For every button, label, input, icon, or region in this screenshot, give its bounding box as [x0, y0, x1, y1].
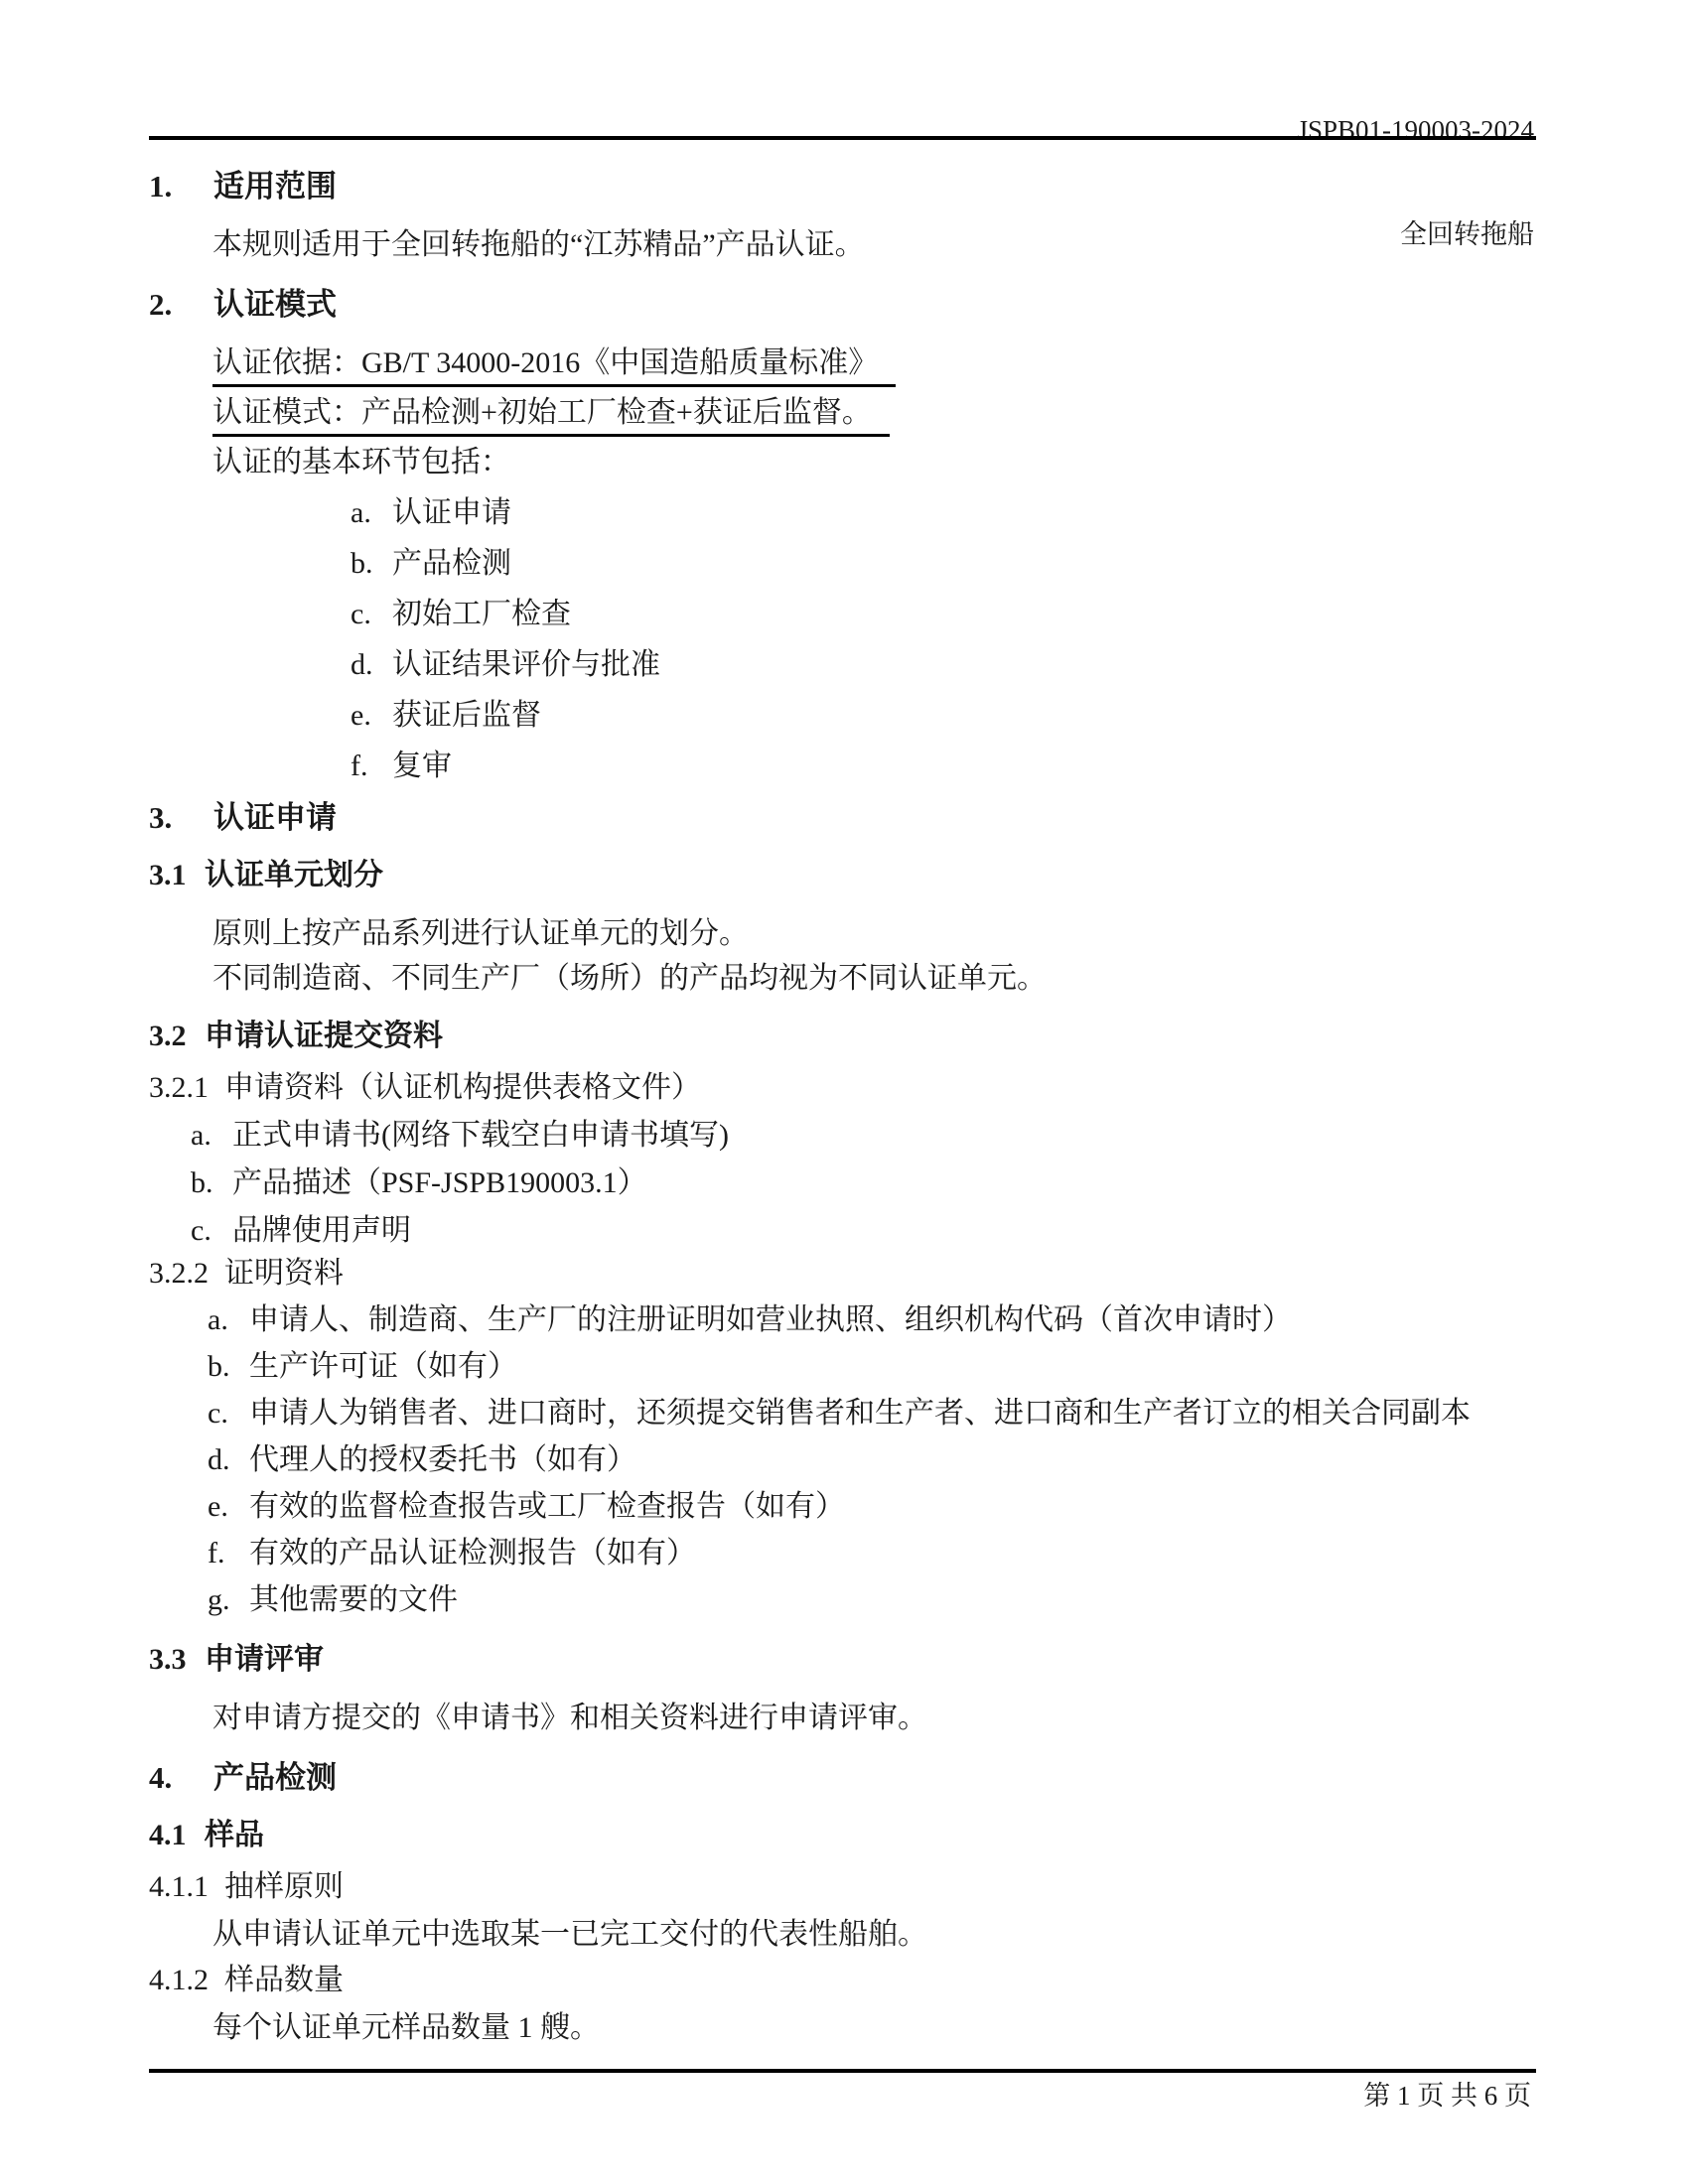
doc-line: a.申请人、制造商、生产厂的注册证明如营业执照、组织机构代码（首次申请时）	[149, 1303, 1539, 1337]
doc-line-text: 本规则适用于全回转拖船的“江苏精品”产品认证。	[212, 228, 865, 261]
doc-line-text: 申请资料（认证机构提供表格文件）	[224, 1071, 701, 1104]
doc-line-text: 认证模式：产品检测+初始工厂检查+获证后监督。	[212, 396, 890, 437]
list-marker: 3.	[149, 801, 213, 835]
list-marker: a.	[351, 496, 392, 530]
doc-line-text: 代理人的授权委托书（如有）	[249, 1443, 636, 1476]
footer-page-info: 第 1 页 共 6 页	[1363, 2079, 1531, 2113]
list-marker: f.	[208, 1537, 249, 1570]
doc-line-text: 初始工厂检查	[392, 598, 571, 630]
doc-line-text: 认证申请	[392, 496, 511, 529]
list-marker: 3.2.1	[149, 1071, 224, 1105]
list-marker: b.	[208, 1350, 249, 1384]
doc-line: e.有效的监督检查报告或工厂检查报告（如有）	[149, 1490, 1539, 1524]
doc-line: 认证模式：产品检测+初始工厂检查+获证后监督。	[149, 396, 1539, 430]
doc-line: a.正式申请书(网络下载空白申请书填写)	[149, 1119, 1539, 1153]
list-marker: c.	[208, 1397, 249, 1431]
doc-line: d.认证结果评价与批准	[149, 648, 1539, 682]
doc-line: 每个认证单元样品数量 1 艘。	[149, 2011, 1539, 2045]
list-marker: g.	[208, 1583, 249, 1617]
doc-line-text: 申请人为销售者、进口商时，还须提交销售者和生产者、进口商和生产者订立的相关合同副…	[249, 1397, 1471, 1430]
list-marker: c.	[351, 598, 392, 631]
list-marker: f.	[351, 750, 392, 783]
doc-line-text: 认证单元划分	[205, 859, 383, 891]
doc-line: b.产品检测	[149, 547, 1539, 581]
doc-line: 2.认证模式	[149, 288, 1539, 322]
header-rule	[149, 136, 1536, 140]
doc-line-text: 原则上按产品系列进行认证单元的划分。	[212, 917, 749, 950]
doc-line: 3.3申请评审	[149, 1643, 1539, 1677]
doc-line: e.获证后监督	[149, 699, 1539, 733]
doc-line: f.有效的产品认证检测报告（如有）	[149, 1537, 1539, 1570]
doc-line-text: 申请认证提交资料	[205, 1020, 443, 1052]
doc-line: 认证的基本环节包括：	[149, 446, 1539, 479]
doc-line: 原则上按产品系列进行认证单元的划分。	[149, 917, 1539, 951]
doc-line-text: 认证申请	[213, 800, 337, 835]
doc-line-text: 正式申请书(网络下载空白申请书填写)	[232, 1119, 729, 1152]
list-marker: b.	[191, 1166, 232, 1200]
doc-line-text: 复审	[392, 750, 452, 782]
doc-line-text: 从申请认证单元中选取某一已完工交付的代表性船舶。	[212, 1918, 927, 1951]
list-marker: 2.	[149, 288, 213, 322]
list-marker: d.	[351, 648, 392, 682]
doc-line-text: 抽样原则	[224, 1870, 344, 1903]
doc-line-text: 样品	[205, 1819, 264, 1851]
list-marker: 4.1	[149, 1819, 205, 1852]
document-page: JSPB01-190003-2024 全回转拖船 1.适用范围本规则适用于全回转…	[0, 0, 1688, 2184]
doc-line: 3.2.1申请资料（认证机构提供表格文件）	[149, 1071, 1539, 1105]
doc-line-text: 品牌使用声明	[232, 1214, 411, 1247]
list-marker: b.	[351, 547, 392, 581]
doc-line: b.生产许可证（如有）	[149, 1350, 1539, 1384]
doc-line-text: 认证的基本环节包括：	[212, 446, 510, 478]
doc-line: c.品牌使用声明	[149, 1214, 1539, 1248]
doc-line: 4.1.2样品数量	[149, 1964, 1539, 1997]
doc-line: 不同制造商、不同生产厂（场所）的产品均视为不同认证单元。	[149, 962, 1539, 996]
doc-line: 4.产品检测	[149, 1761, 1539, 1795]
footer-rule	[149, 2069, 1536, 2073]
list-marker: 4.1.1	[149, 1870, 224, 1904]
list-marker: d.	[208, 1443, 249, 1477]
list-marker: 1.	[149, 170, 213, 204]
doc-line: 4.1.1抽样原则	[149, 1870, 1539, 1904]
doc-line: 对申请方提交的《申请书》和相关资料进行申请评审。	[149, 1702, 1539, 1735]
list-marker: a.	[191, 1119, 232, 1153]
doc-line-text: 申请人、制造商、生产厂的注册证明如营业执照、组织机构代码（首次申请时）	[249, 1303, 1292, 1336]
list-marker: e.	[351, 699, 392, 733]
doc-line: f.复审	[149, 750, 1539, 783]
doc-line: 3.2申请认证提交资料	[149, 1020, 1539, 1053]
doc-line-text: 申请评审	[205, 1643, 324, 1676]
doc-line: 本规则适用于全回转拖船的“江苏精品”产品认证。	[149, 228, 1539, 262]
list-marker: 4.1.2	[149, 1964, 224, 1997]
document-body: 1.适用范围本规则适用于全回转拖船的“江苏精品”产品认证。2.认证模式认证依据：…	[149, 159, 1539, 2045]
doc-line: c.申请人为销售者、进口商时，还须提交销售者和生产者、进口商和生产者订立的相关合…	[149, 1397, 1539, 1431]
doc-line-text: 有效的产品认证检测报告（如有）	[249, 1537, 696, 1570]
list-marker: 3.2.2	[149, 1257, 224, 1291]
doc-line-text: 产品检测	[392, 547, 511, 580]
doc-line: 认证依据：GB/T 34000-2016《中国造船质量标准》	[149, 346, 1539, 380]
doc-line: 3.2.2证明资料	[149, 1257, 1539, 1291]
list-marker: 3.1	[149, 859, 205, 892]
doc-line: b.产品描述（PSF-JSPB190003.1）	[149, 1166, 1539, 1200]
doc-line: d.代理人的授权委托书（如有）	[149, 1443, 1539, 1477]
list-marker: 3.2	[149, 1020, 205, 1053]
list-marker: c.	[191, 1214, 232, 1248]
doc-line-text: 产品描述（PSF-JSPB190003.1）	[232, 1166, 647, 1199]
list-marker: e.	[208, 1490, 249, 1524]
doc-line-text: 对申请方提交的《申请书》和相关资料进行申请评审。	[212, 1702, 927, 1734]
doc-line-text: 每个认证单元样品数量 1 艘。	[212, 2011, 600, 2044]
doc-line-text: 产品检测	[213, 1760, 337, 1795]
doc-line-text: 不同制造商、不同生产厂（场所）的产品均视为不同认证单元。	[212, 962, 1047, 995]
doc-line: 3.1认证单元划分	[149, 859, 1539, 892]
doc-line-text: 获证后监督	[392, 699, 541, 732]
doc-line: 4.1样品	[149, 1819, 1539, 1852]
doc-line-text: 生产许可证（如有）	[249, 1350, 517, 1383]
list-marker: a.	[208, 1303, 249, 1337]
doc-line: 3.认证申请	[149, 801, 1539, 835]
list-marker: 3.3	[149, 1643, 205, 1677]
list-marker: 4.	[149, 1761, 213, 1795]
doc-line-text: 适用范围	[213, 169, 337, 204]
doc-line-text: 证明资料	[224, 1257, 344, 1290]
doc-line-text: 其他需要的文件	[249, 1583, 458, 1616]
doc-line-text: 认证结果评价与批准	[392, 648, 660, 681]
header-doc-number: JSPB01-190003-2024	[1297, 113, 1534, 148]
doc-line: 从申请认证单元中选取某一已完工交付的代表性船舶。	[149, 1918, 1539, 1952]
doc-line-text: 样品数量	[224, 1964, 344, 1996]
doc-line: a.认证申请	[149, 496, 1539, 530]
doc-line-text: 有效的监督检查报告或工厂检查报告（如有）	[249, 1490, 845, 1523]
doc-line-text: 认证模式	[213, 287, 337, 322]
doc-line: 1.适用范围	[149, 170, 1539, 204]
doc-line-text: 认证依据：GB/T 34000-2016《中国造船质量标准》	[212, 346, 896, 387]
doc-line: g.其他需要的文件	[149, 1583, 1539, 1617]
doc-line: c.初始工厂检查	[149, 598, 1539, 631]
